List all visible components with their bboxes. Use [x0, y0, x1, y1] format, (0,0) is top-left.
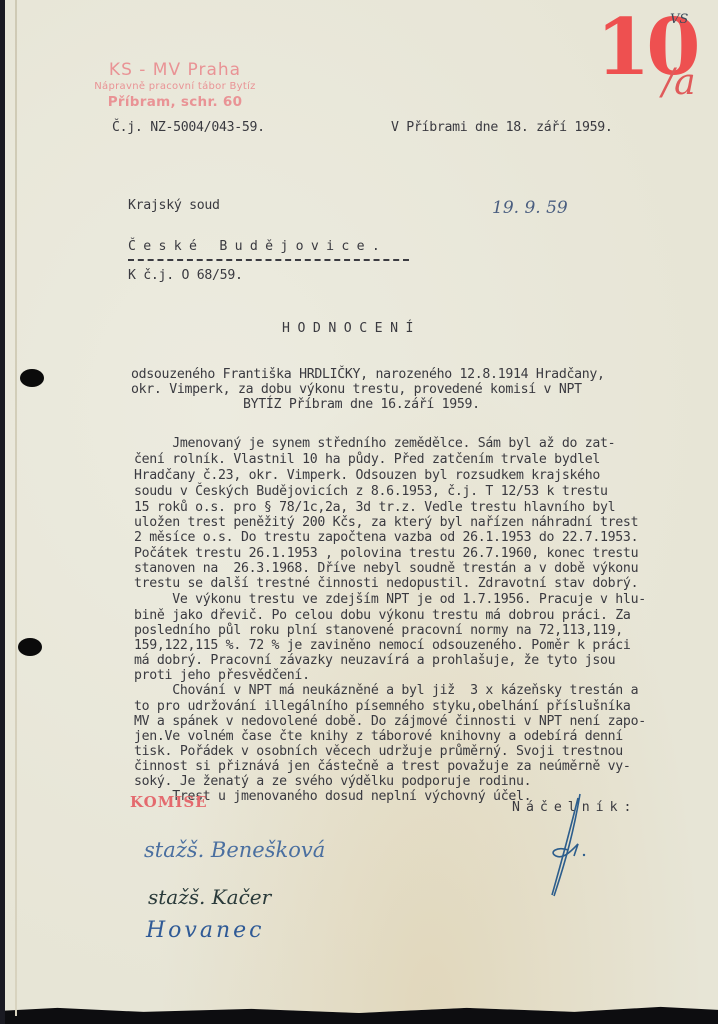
subject-line: okr. Vimperk, za dobu výkonu trestu, pro… — [131, 382, 582, 398]
commission-signature-3: Hovanec — [146, 918, 265, 943]
punch-hole-icon — [20, 369, 44, 387]
body-line: tisk. Pořádek v osobních věcech udržuje … — [134, 744, 623, 760]
body-line: soudu v Českých Budějovicích z 8.6.1953,… — [134, 484, 608, 500]
document-title: HODNOCENÍ — [282, 321, 421, 337]
body-line: 15 roků o.s. pro § 78/1c,2a, 3d tr.z. Ve… — [134, 500, 615, 516]
body-line: 2 měsíce o.s. Do trestu započtena vazba … — [134, 530, 638, 546]
body-line: MV a spánek v nedovolené době. Do zájmov… — [134, 714, 646, 730]
page-mark-suffix: /a — [662, 62, 696, 103]
chief-signature-icon — [540, 790, 600, 900]
addressee-line-1: Krajský soud — [128, 198, 220, 214]
body-line: Hradčany č.23, okr. Vimperk. Odsouzen by… — [134, 468, 600, 484]
subject-line: BYTÍZ Příbram dne 16.září 1959. — [243, 397, 480, 413]
body-line: soký. Je ženatý a ze svého výdělku podpo… — [134, 774, 531, 790]
commission-signature-1: stažš. Benešková — [144, 838, 325, 862]
body-line: činnost si přiznává jen částečně a trest… — [134, 759, 631, 775]
body-line: bině jako dřevič. Po celou dobu výkonu t… — [134, 608, 631, 624]
addressee-reference: K č.j. O 68/59. — [128, 268, 243, 284]
place-and-date: V Příbrami dne 18. září 1959. — [391, 120, 613, 136]
punch-hole-icon — [18, 638, 42, 656]
stamp-line-2: Nápravně pracovní tábor Bytíz — [70, 80, 280, 93]
page-mark-superscript: VS — [670, 12, 688, 27]
body-line: má dobrý. Pracovní závazky neuzavírá a p… — [134, 653, 615, 669]
body-line: Ve výkonu trestu ve zdejším NPT je od 1.… — [134, 592, 646, 608]
body-line: čení rolník. Vlastnil 10 ha půdy. Před z… — [134, 452, 600, 468]
body-line: to pro udržování illegálního písemného s… — [134, 699, 631, 715]
subject-line: odsouzeného Františka HRDLIČKY, narozené… — [131, 367, 605, 383]
addressee-city: České Budějovice. — [128, 239, 387, 255]
body-line: Počátek trestu 26.1.1953 , polovina tres… — [134, 546, 638, 562]
body-line: 159,122,115 %. 72 % je zaviněno nemocí o… — [134, 638, 631, 654]
reference-number: Č.j. NZ-5004/043-59. — [112, 120, 265, 136]
body-line: stanoven na 26.3.1968. Dříve nebyl soudn… — [134, 561, 638, 577]
paper-fold-line — [15, 0, 17, 1016]
institution-stamp: KS - MV Praha Nápravně pracovní tábor By… — [70, 60, 280, 111]
body-line: jen.Ve volném čase čte knihy z táborové … — [134, 729, 623, 745]
body-line: Chování v NPT má neukázněné a byl již 3 … — [134, 683, 638, 699]
stamp-line-3: Příbram, schr. 60 — [70, 93, 280, 111]
addressee-underline — [128, 259, 409, 261]
body-line: Jmenovaný je synem středního zemědělce. … — [134, 436, 615, 452]
stamp-line-1: KS - MV Praha — [70, 60, 280, 80]
handwritten-date: 19. 9. 59 — [492, 198, 568, 218]
body-line: posledního půl roku plní stanovené praco… — [134, 623, 623, 639]
commission-signature-2: stažš. Kačer — [148, 885, 271, 909]
body-line: proti jeho přesvědčení. — [134, 668, 310, 684]
body-line: trestu se další trestné činnosti nedopus… — [134, 576, 638, 592]
commission-label: KOMISE — [130, 793, 208, 811]
body-line: uložen trest peněžitý 200 Kčs, za který … — [134, 515, 638, 531]
scan-edge — [0, 0, 5, 1024]
